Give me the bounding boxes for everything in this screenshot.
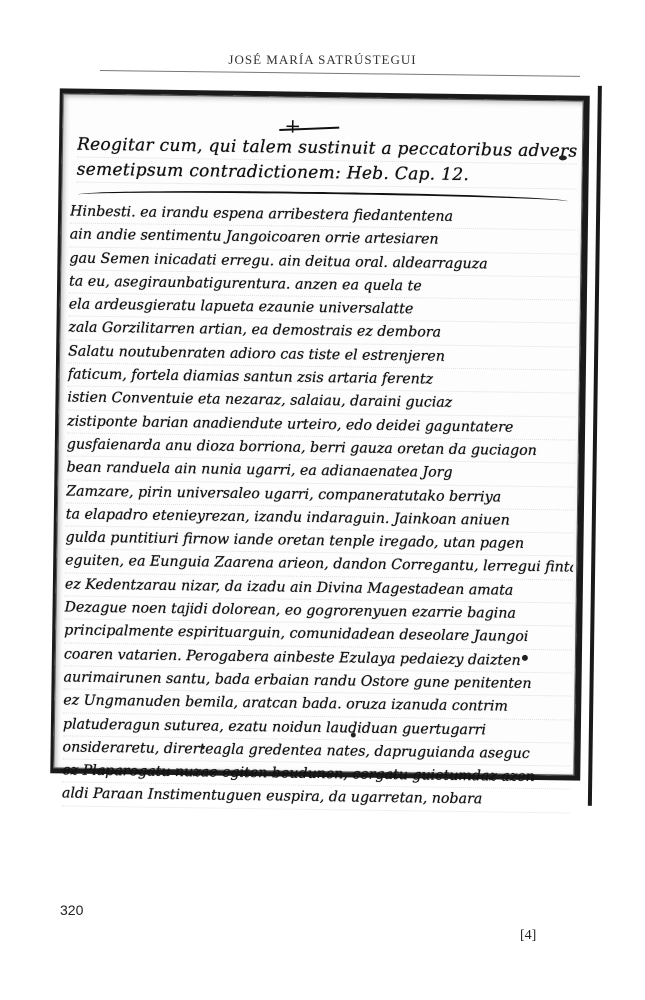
ink-speck — [351, 732, 356, 737]
page-number: 320 — [60, 902, 83, 918]
manuscript-facsimile: + Reogitar cum, qui talem sustinuit a pe… — [50, 88, 590, 780]
cross-icon: + — [284, 113, 301, 137]
manuscript-body: Hinbesti. ea irandu espena arribestera f… — [62, 200, 578, 813]
ink-speck — [522, 655, 528, 661]
header-rule — [100, 70, 580, 77]
ink-speck — [559, 155, 567, 160]
ink-speck — [201, 745, 205, 749]
manuscript-heading: Reogitar cum, qui talem sustinuit a pecc… — [76, 133, 577, 190]
facsimile-right-edge — [588, 86, 602, 806]
plate-number: [4] — [520, 928, 536, 944]
running-head-author: JOSÉ MARÍA SATRÚSTEGUI — [0, 52, 645, 68]
